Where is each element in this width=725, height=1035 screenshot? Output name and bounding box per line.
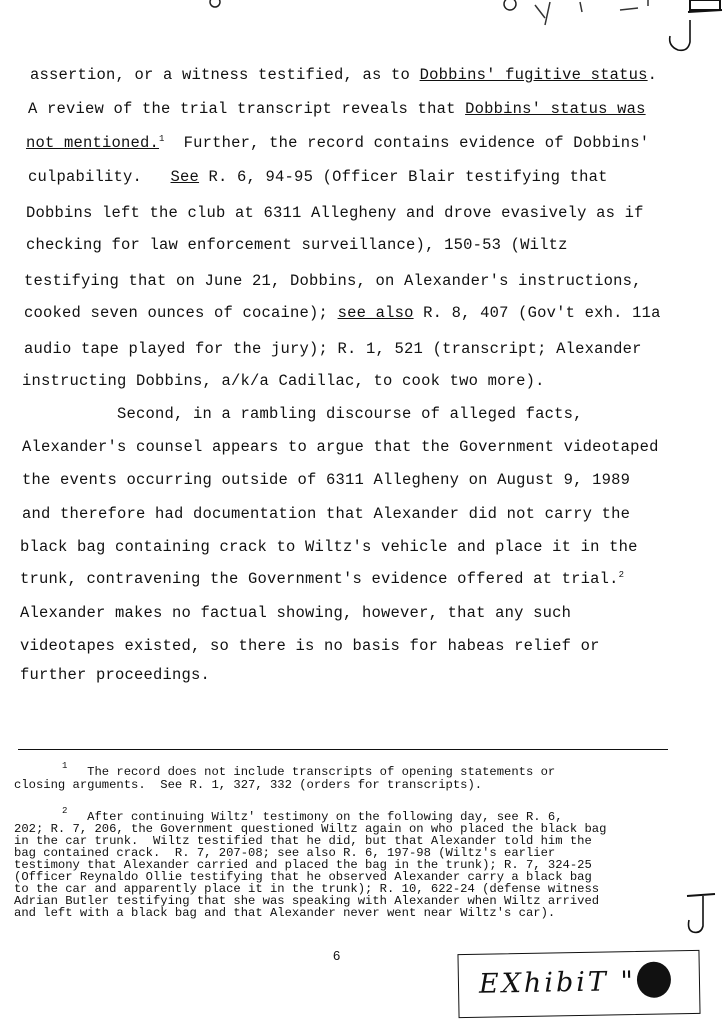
underlined-citation: not mentioned. [26, 134, 159, 152]
footnote-ref: 2 [619, 570, 625, 580]
scribble-mark [637, 961, 672, 998]
body-line: further proceedings. [20, 666, 210, 684]
footnote-line: and left with a black bag and that Alexa… [14, 907, 555, 919]
handwritten-j-icon [660, 0, 725, 55]
handwritten-j-margin-icon [683, 890, 723, 940]
footnote-divider [18, 749, 668, 750]
body-line: testifying that on June 21, Dobbins, on … [24, 272, 642, 290]
footnote-line: closing arguments. See R. 1, 327, 332 (o… [14, 779, 482, 791]
body-line: checking for law enforcement surveillanc… [26, 236, 568, 254]
body-line: black bag containing crack to Wiltz's ve… [20, 538, 638, 556]
underlined-citation: see also [338, 304, 414, 322]
page-number: 6 [333, 948, 340, 963]
body-line: videotapes existed, so there is no basis… [20, 637, 600, 655]
body-line: Alexander makes no factual showing, howe… [20, 604, 571, 622]
body-line: instructing Dobbins, a/k/a Cadillac, to … [22, 372, 545, 390]
body-line: Alexander's counsel appears to argue tha… [22, 438, 659, 456]
footnote-line: The record does not include transcripts … [14, 766, 555, 778]
top-scan-marks [200, 0, 660, 30]
underlined-citation: See [171, 168, 200, 186]
body-line: the events occurring outside of 6311 All… [22, 471, 630, 489]
body-line: Dobbins left the club at 6311 Allegheny … [26, 204, 644, 222]
underlined-citation: Dobbins' status was [465, 100, 646, 118]
body-line: cooked seven ounces of cocaine); see als… [24, 304, 661, 322]
exhibit-stamp: EXhibiT " [457, 950, 700, 1018]
body-line: audio tape played for the jury); R. 1, 5… [24, 340, 642, 358]
body-line: and therefore had documentation that Ale… [22, 505, 630, 523]
body-line: Second, in a rambling discourse of alleg… [22, 405, 583, 423]
body-line: not mentioned.1 Further, the record cont… [26, 134, 649, 152]
body-line: assertion, or a witness testified, as to… [30, 66, 657, 84]
body-line: culpability. See R. 6, 94-95 (Officer Bl… [28, 168, 608, 186]
underlined-citation: Dobbins' fugitive status [420, 66, 648, 84]
exhibit-label: EXhibiT " [479, 966, 636, 1000]
body-line: trunk, contravening the Government's evi… [20, 570, 624, 588]
body-line: A review of the trial transcript reveals… [28, 100, 646, 118]
